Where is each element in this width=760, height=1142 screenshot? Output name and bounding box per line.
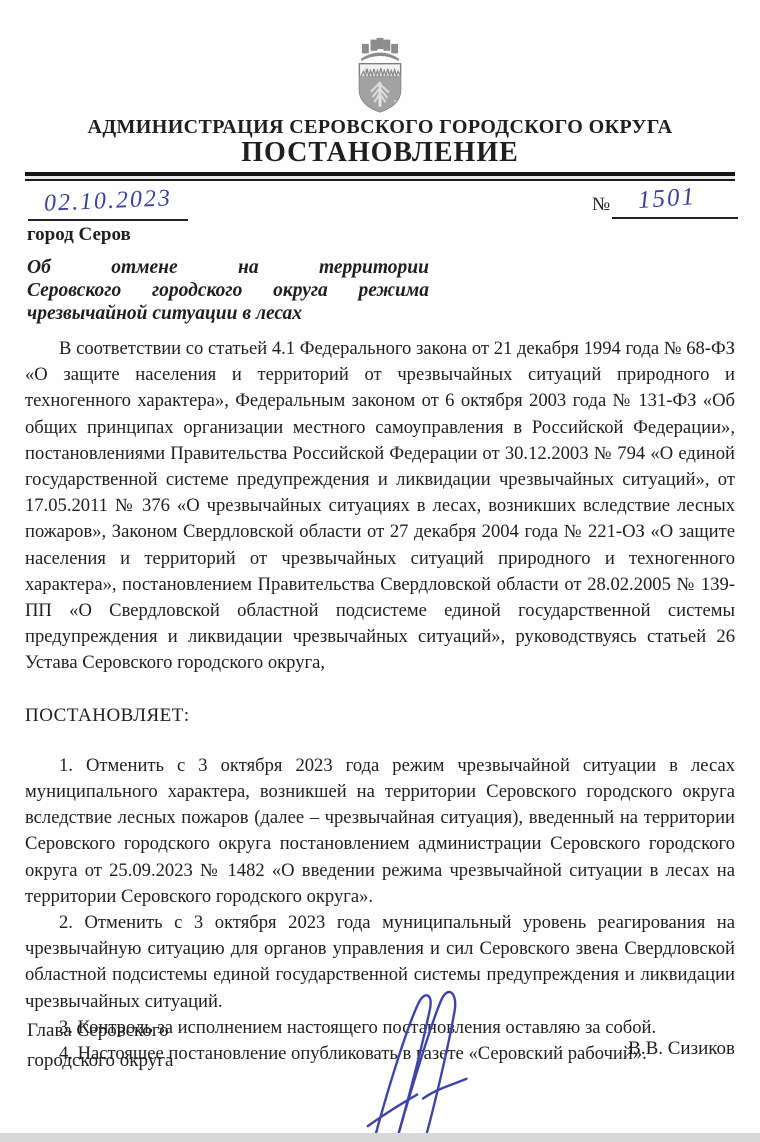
document-body: В соответствии со статьей 4.1 Федерально… bbox=[25, 336, 735, 1067]
date-handwritten: 02.10.2023 bbox=[43, 185, 172, 218]
subject-line: чрезвычайной ситуации в лесах bbox=[27, 302, 429, 325]
number-sign: № bbox=[592, 194, 610, 216]
document-type-title: ПОСТАНОВЛЕНИЕ bbox=[0, 137, 760, 169]
signer-title-line: Глава Серовского bbox=[27, 1016, 173, 1046]
signature-icon bbox=[345, 988, 515, 1141]
org-name: АДМИНИСТРАЦИЯ СЕРОВСКОГО ГОРОДСКОГО ОКРУ… bbox=[0, 116, 760, 139]
coat-of-arms-svg bbox=[337, 34, 423, 114]
date-underline bbox=[28, 219, 188, 221]
signer-title-line: городского округа bbox=[27, 1046, 173, 1076]
resolution-item-1: 1. Отменить с 3 октября 2023 года режим … bbox=[25, 753, 735, 910]
preamble-paragraph: В соответствии со статьей 4.1 Федерально… bbox=[25, 336, 735, 677]
place-line: город Серов bbox=[27, 224, 131, 246]
signature-svg bbox=[345, 988, 515, 1136]
document-page: АДМИНИСТРАЦИЯ СЕРОВСКОГО ГОРОДСКОГО ОКРУ… bbox=[0, 0, 760, 1142]
coat-of-arms-icon bbox=[0, 34, 760, 114]
page-bottom-edge bbox=[0, 1133, 760, 1142]
signer-title: Глава Серовского городского округа bbox=[27, 1016, 173, 1076]
number-underline bbox=[612, 217, 738, 219]
document-subject: Об отмене на территории Серовского город… bbox=[27, 256, 429, 325]
resolves-heading: ПОСТАНОВЛЯЕТ: bbox=[25, 703, 735, 729]
signer-name: В.В. Сизиков bbox=[628, 1038, 735, 1060]
document-number-handwritten: 1501 bbox=[637, 183, 697, 215]
subject-line: Серовского городского округа режима bbox=[27, 279, 429, 302]
subject-line: Об отмене на территории bbox=[27, 256, 429, 279]
header-divider bbox=[25, 172, 735, 181]
